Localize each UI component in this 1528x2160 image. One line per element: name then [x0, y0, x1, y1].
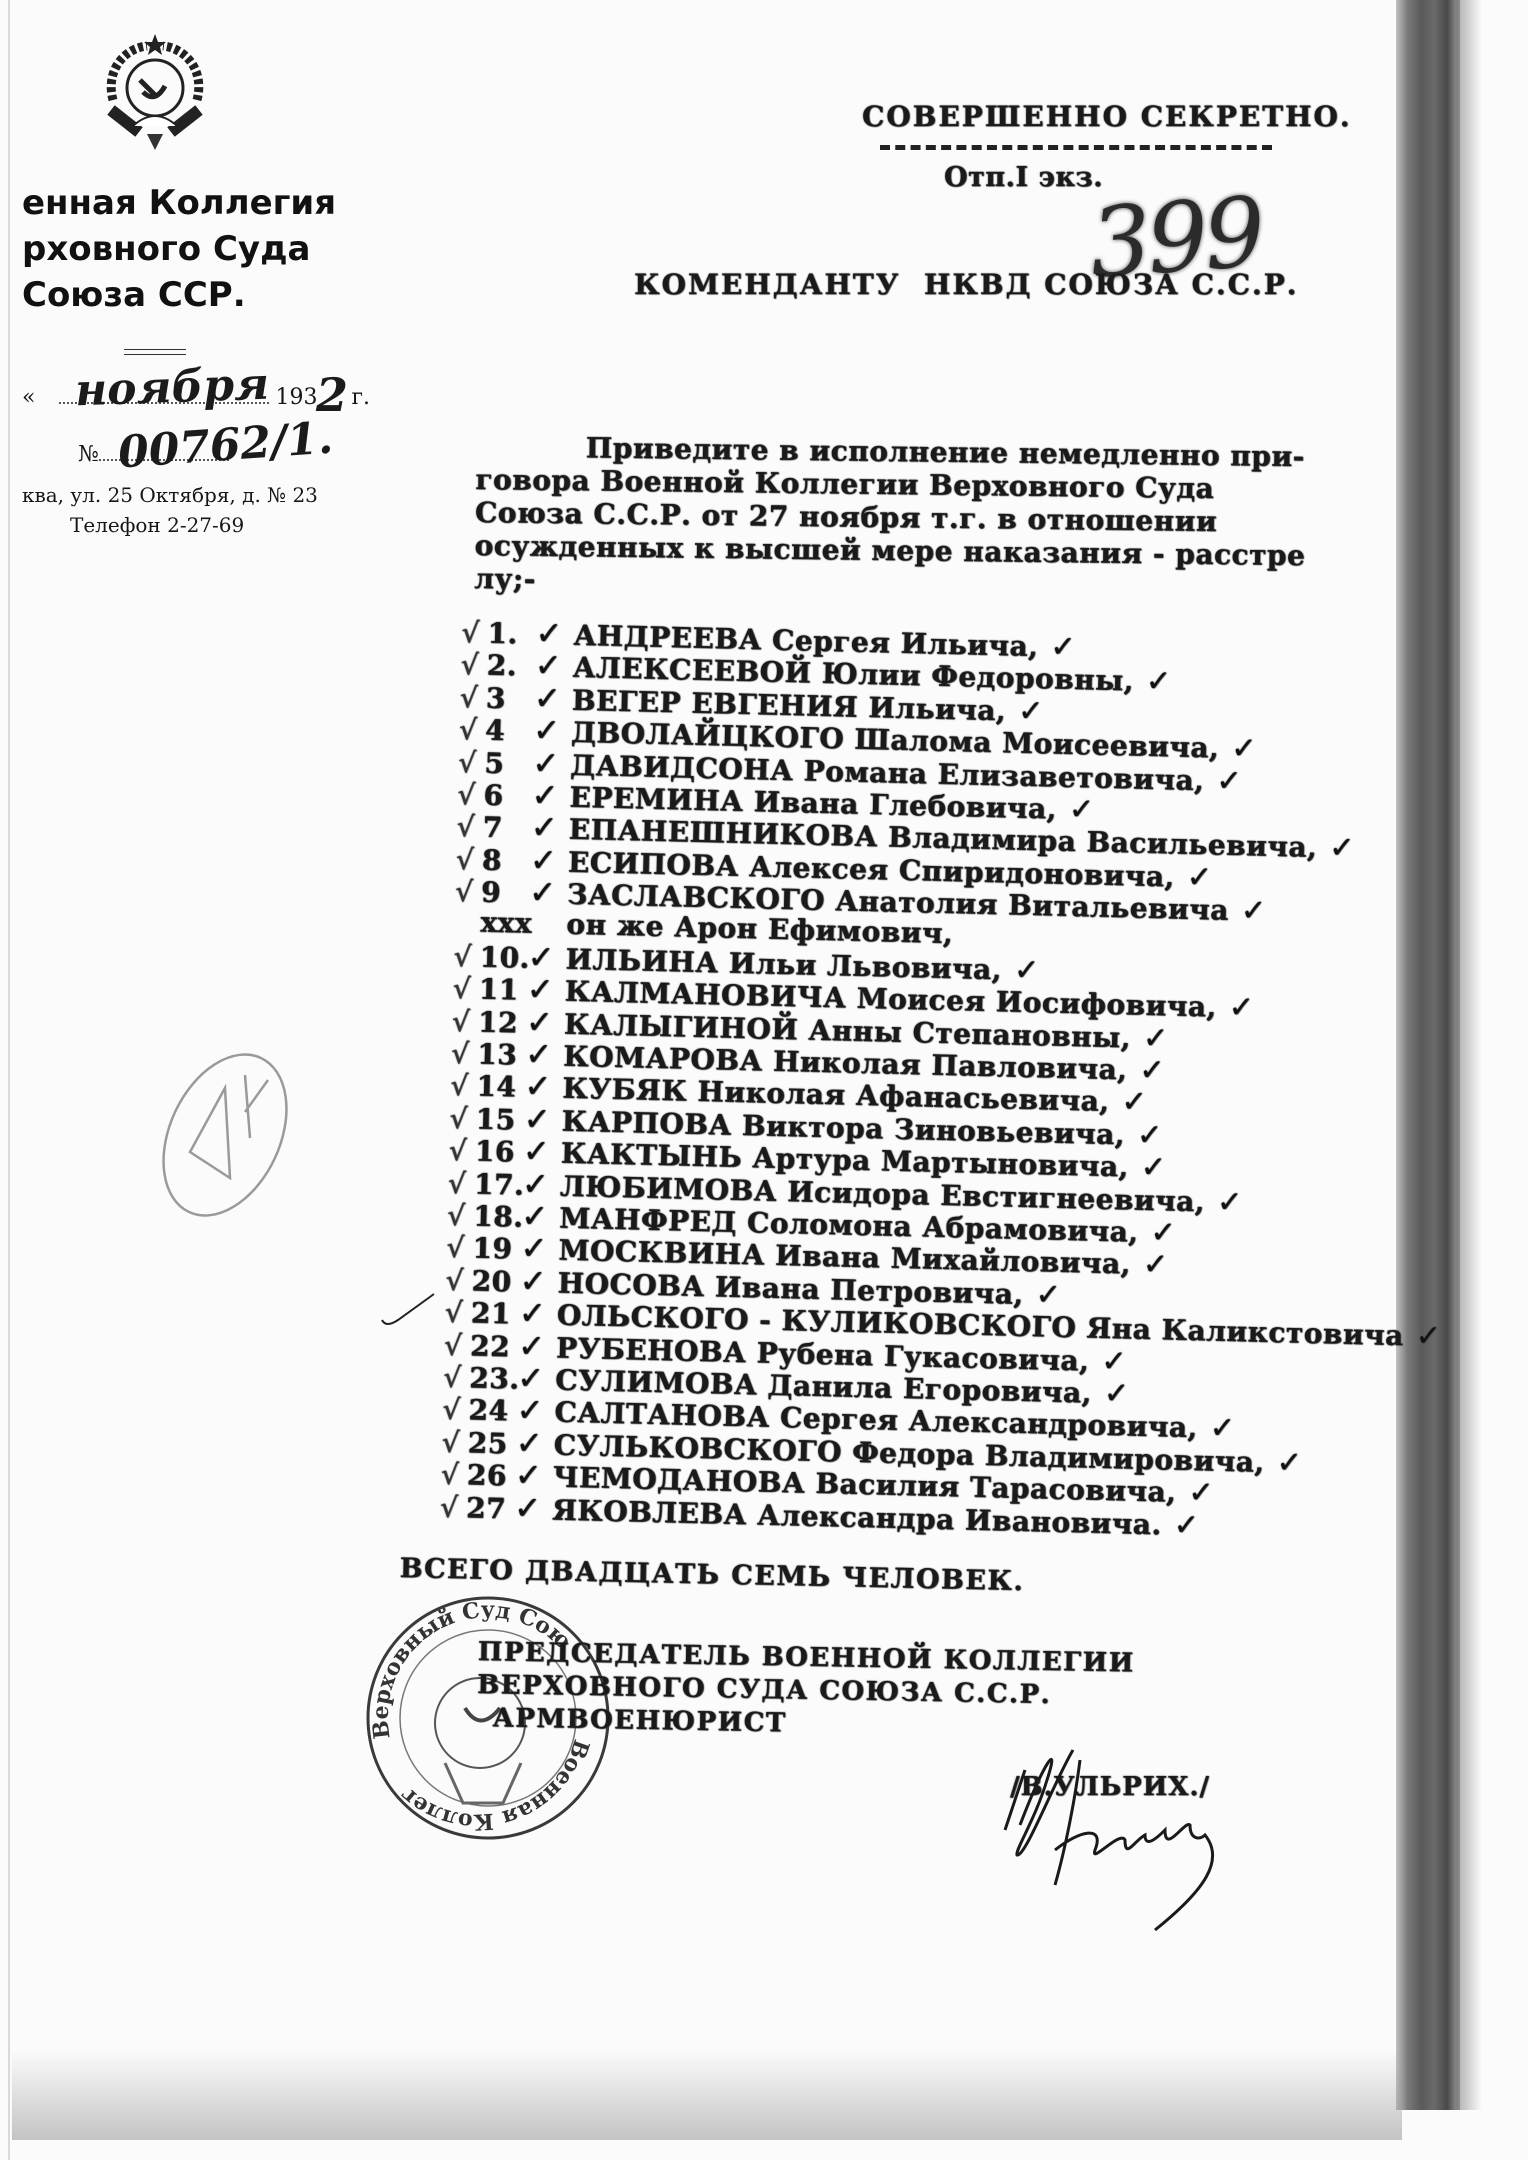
year-suffix: г. [351, 385, 370, 410]
check-mark-icon: ✓ [1173, 1507, 1199, 1543]
org-line-3: Союза ССР. [22, 272, 336, 318]
letterhead-address: ква, ул. 25 Октября, д. № 23 Телефон 2-2… [22, 480, 318, 540]
org-line-2: рховного Суда [22, 226, 336, 272]
margin-check-icon: √ [440, 1490, 467, 1524]
margin-check-icon [454, 930, 480, 931]
year-printed: 193 [275, 385, 317, 410]
address-text: ква, ул. 25 Октября, д. № 23 [22, 483, 318, 507]
document-page: енная Коллегия рховного Суда Союза ССР. … [0, 0, 1528, 2160]
phone-text: Телефон 2-27-69 [22, 510, 318, 540]
check-mark-icon: ✓ [514, 1488, 553, 1527]
org-line-1: енная Коллегия [22, 180, 336, 226]
check-mark-icon [528, 932, 566, 933]
signature-block: ПРЕДСЕДАТЕЛЬ ВОЕННОЙ КОЛЛЕГИИ ВЕРХОВНОГО… [476, 1636, 1135, 1746]
convicted-list: √1.✓АНДРЕЕВА Сергея Ильича,✓√2.✓АЛЕКСЕЕВ… [440, 612, 1459, 1543]
date-prefix: « [22, 385, 35, 410]
document-number-handwritten: 00762/1. [116, 413, 334, 479]
letterhead-org-name: енная Коллегия рховного Суда Союза ССР. [22, 180, 336, 318]
scan-shadow [12, 2050, 1402, 2140]
addressee: КОМЕНДАНТУ НКВД СОЮЗА С.С.Р. [634, 268, 1298, 301]
classification-underline [880, 145, 1272, 150]
coat-of-arms-icon [95, 30, 215, 155]
item-number: 27 [466, 1491, 515, 1525]
order-text: Приведите в исполнение немедленно при- г… [474, 430, 1376, 606]
page-edge [8, 0, 10, 2160]
pencil-initials-circle [150, 1040, 300, 1230]
number-label: № [78, 442, 99, 467]
handwritten-signature [985, 1740, 1325, 1970]
letterhead-rule [124, 349, 186, 355]
check-mark-icon [965, 916, 966, 951]
margin-check-icon [378, 1290, 438, 1330]
classification-stamp: СОВЕРШЕННО СЕКРЕТНО. [862, 100, 1352, 133]
date-handwritten: ноября [74, 359, 270, 417]
binding-fade [1456, 0, 1482, 2110]
copy-note: Отп.I экз. [944, 162, 1103, 193]
item-number: xxx [480, 905, 529, 939]
